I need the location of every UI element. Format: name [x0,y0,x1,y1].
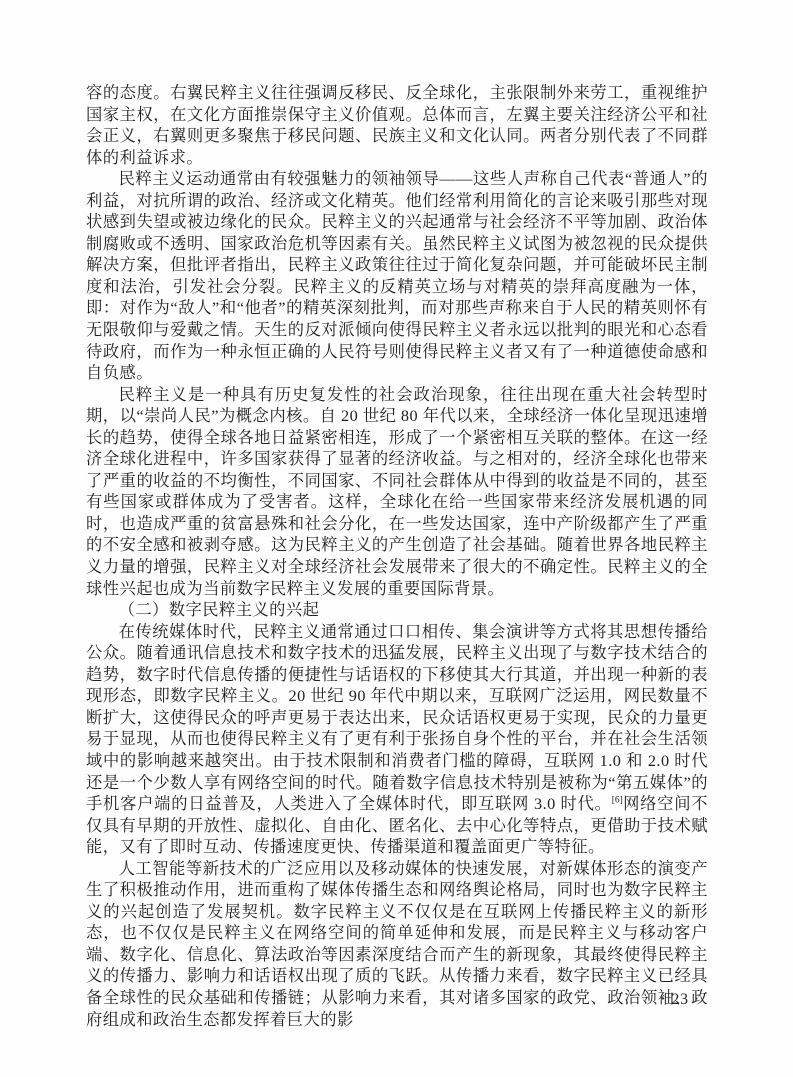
paragraph: 人工智能等新技术的广泛应用以及移动媒体的快速发展，对新媒体形态的演变产生了积极推… [86,858,708,1030]
page-number: · 23 · [660,991,700,1009]
paragraph: 民粹主义运动通常由有较强魅力的领袖领导——这些人声称自己代表“普通人”的利益，对… [86,168,708,383]
paragraph-text: 在传统媒体时代，民粹主义通常通过口口相传、集会演讲等方式将其思想传播给公众。随着… [86,622,708,813]
paragraph: 民粹主义是一种具有历史复发性的社会政治现象，往往出现在重大社会转型时期，以“崇尚… [86,384,708,599]
footnote-reference-6: [6] [612,796,623,806]
paragraph: 在传统媒体时代，民粹主义通常通过口口相传、集会演讲等方式将其思想传播给公众。随着… [86,621,708,858]
article-body: 容的态度。右翼民粹主义往往强调反移民、反全球化，主张限制外来劳工，重视维护国家主… [86,82,708,1030]
paragraph-continuation: 容的态度。右翼民粹主义往往强调反移民、反全球化，主张限制外来劳工，重视维护国家主… [86,82,708,168]
document-page: 容的态度。右翼民粹主义往往强调反移民、反全球化，主张限制外来劳工，重视维护国家主… [0,0,793,1077]
section-heading: （二）数字民粹主义的兴起 [86,599,708,621]
